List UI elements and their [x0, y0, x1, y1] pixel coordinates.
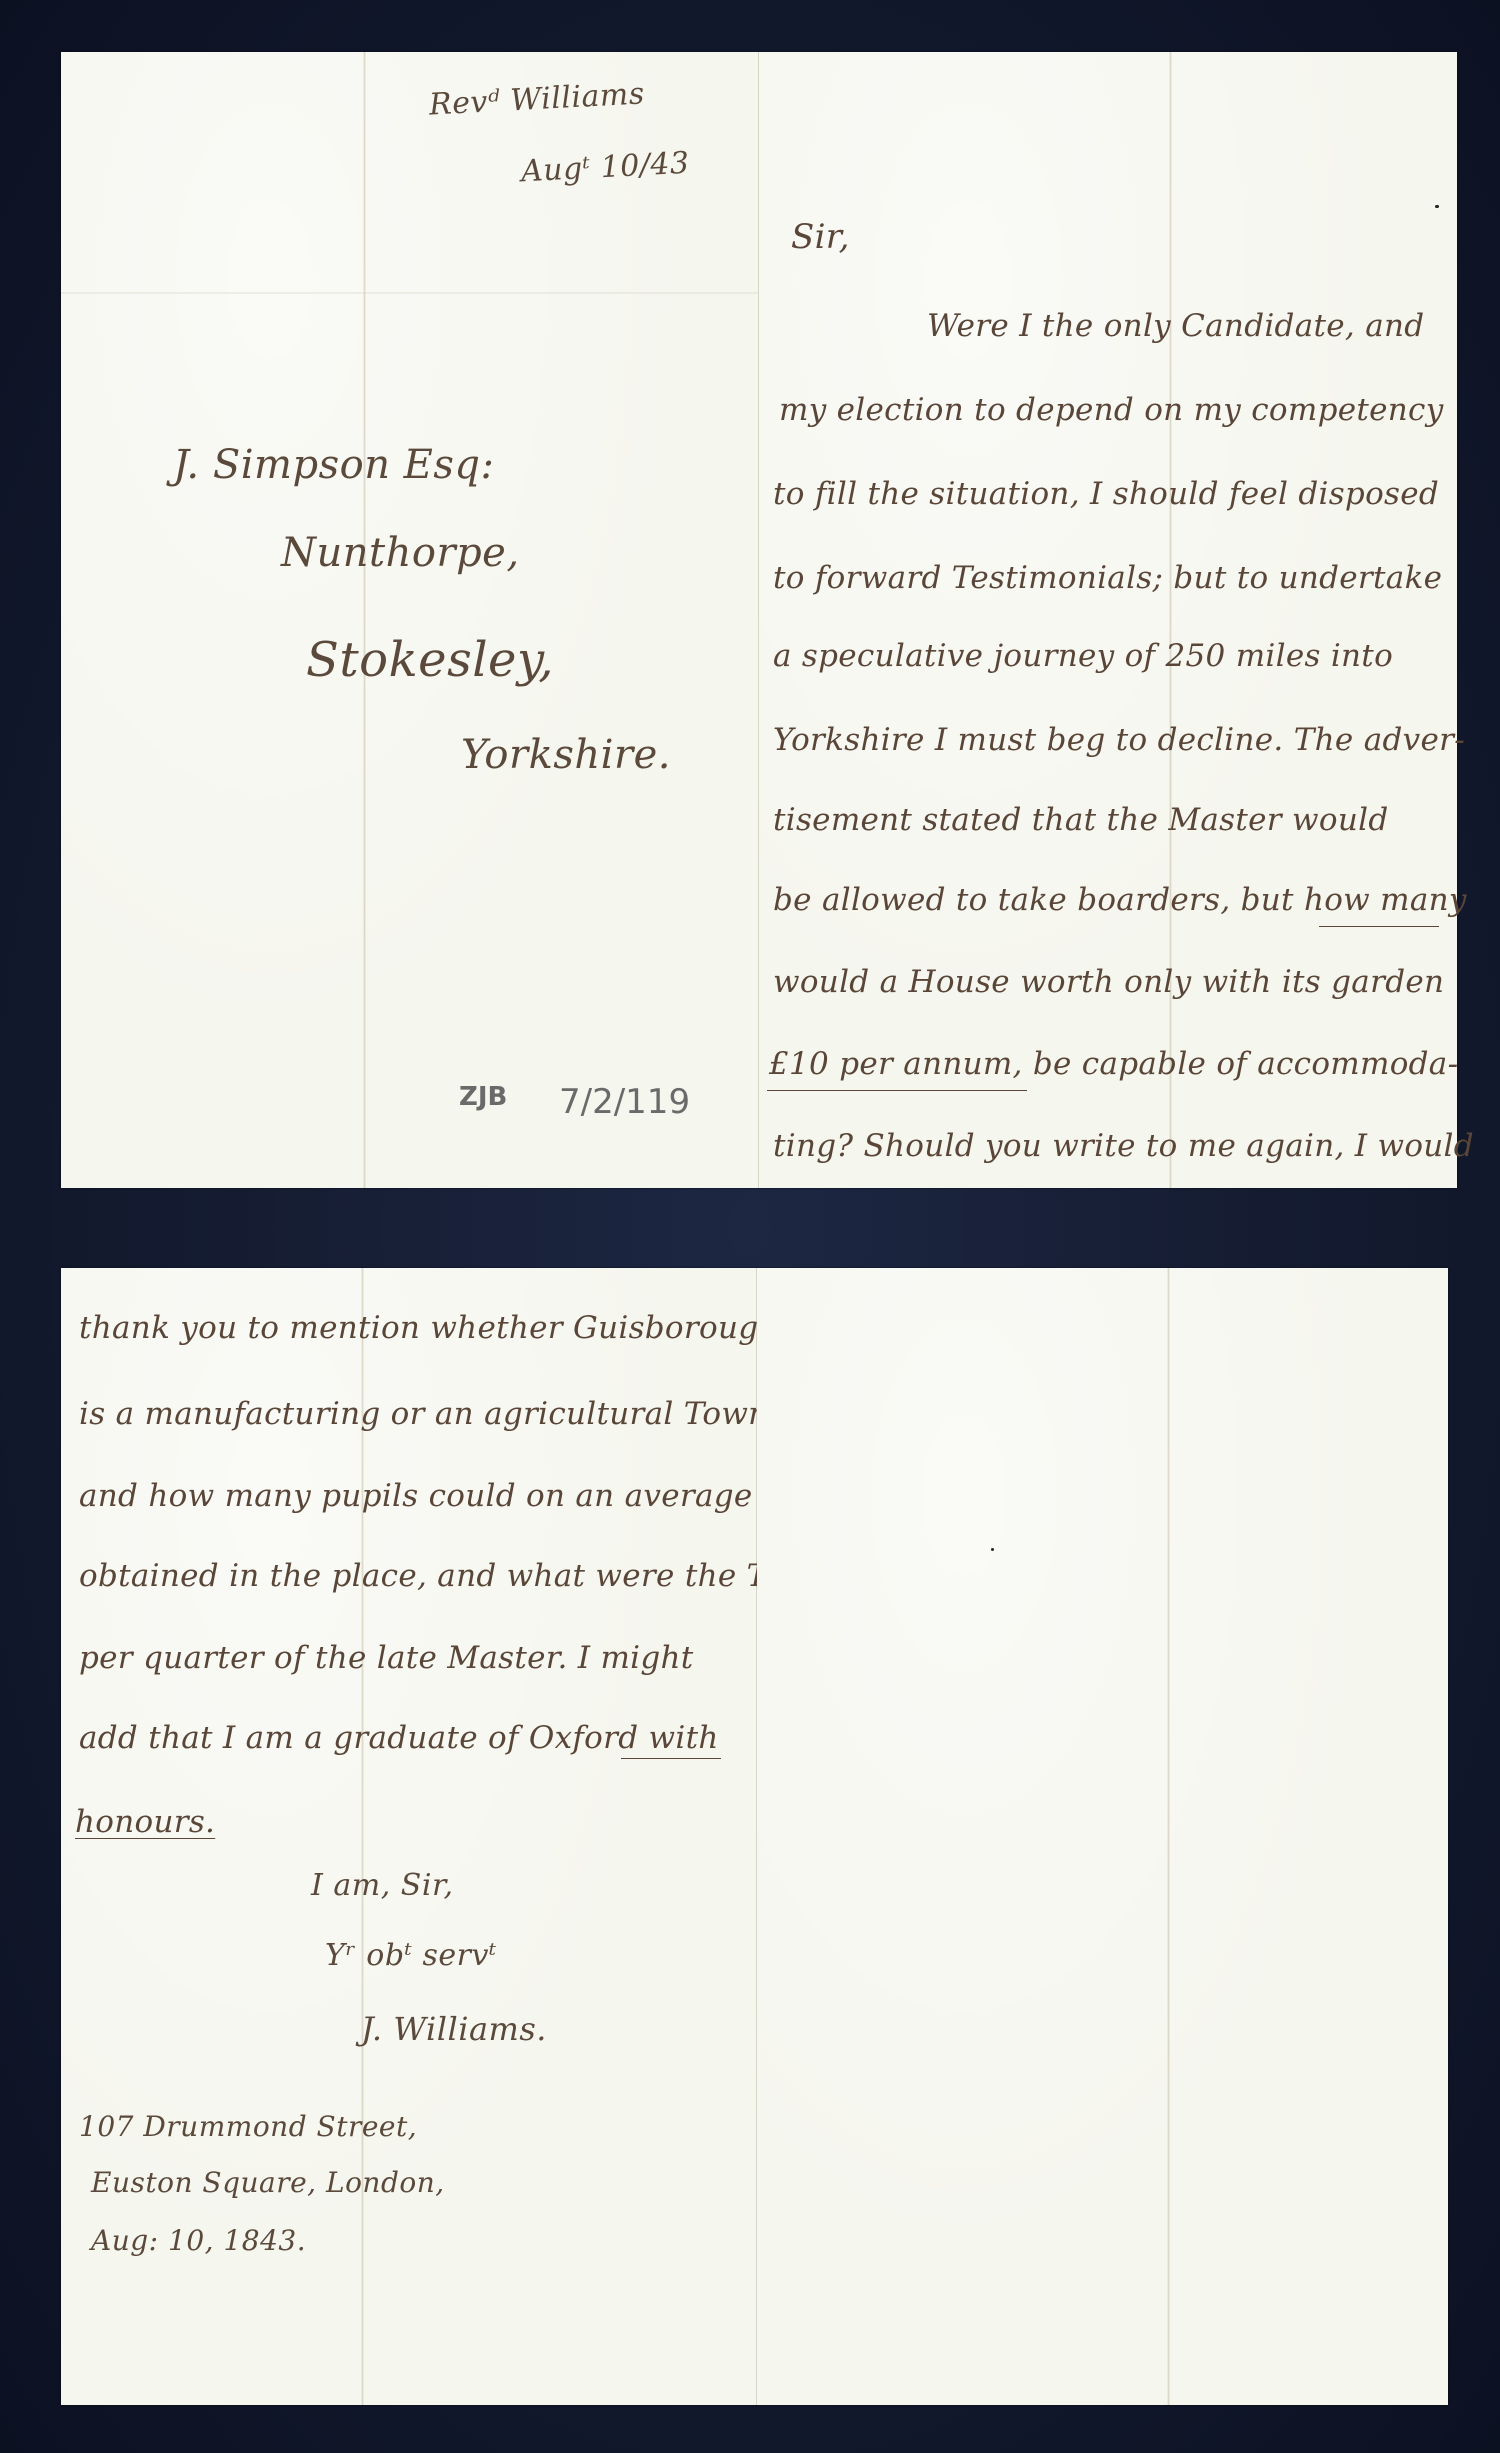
recipient-town: Stokesley, — [306, 632, 554, 688]
ink-speck — [1435, 205, 1439, 208]
recipient-county: Yorkshire. — [461, 732, 671, 778]
letter-line: Were I the only Candidate, and — [927, 308, 1424, 344]
docket-name: Revᵈ Williams — [428, 76, 645, 122]
letter-line: is a manufacturing or an agricultural To… — [79, 1396, 779, 1432]
docket-date: Augᵗ 10/43 — [520, 146, 690, 190]
letter-line: to fill the situation, I should feel dis… — [773, 476, 1439, 512]
letter-page-2: thank you to mention whether Guisborough… — [61, 1268, 757, 2405]
address-page: Revᵈ Williams Augᵗ 10/43 J. Simpson Esq:… — [61, 52, 759, 1188]
letter-line: would a House worth only with its garden — [773, 964, 1444, 1000]
fold-crease — [1167, 1268, 1170, 2405]
letter-line: and how many pupils could on an average … — [79, 1478, 801, 1514]
recipient-name: J. Simpson Esq: — [173, 442, 494, 488]
letter-line: my election to depend on my competency — [779, 392, 1444, 428]
fold-crease — [363, 52, 366, 1188]
recipient-village: Nunthorpe, — [281, 530, 520, 576]
ink-speck — [991, 1548, 994, 1551]
letter-line: thank you to mention whether Guisborough — [79, 1310, 779, 1346]
signature: J. Williams. — [361, 2010, 547, 2048]
letter-line: a speculative journey of 250 miles into — [773, 638, 1393, 674]
letter-line: ting? Should you write to me again, I wo… — [773, 1128, 1474, 1164]
letter-line: Yorkshire I must beg to decline. The adv… — [773, 722, 1465, 758]
underline-how-many — [1319, 926, 1439, 927]
fold-crease — [361, 1268, 364, 2405]
letter-line: £10 per annum, be capable of accommoda- — [769, 1046, 1458, 1082]
letter-salutation: Sir, — [791, 217, 850, 257]
underline-per-annum — [767, 1090, 1027, 1091]
letter-line: per quarter of the late Master. I might — [79, 1640, 694, 1676]
archive-number: 7/2/119 — [559, 1082, 690, 1122]
blank-page — [757, 1268, 1448, 2405]
letter-line-text: be allowed to take boarders, but how man… — [773, 882, 1467, 918]
closing-line: I am, Sir, — [311, 1868, 454, 1903]
top-sheet: Revᵈ Williams Augᵗ 10/43 J. Simpson Esq:… — [61, 52, 1457, 1188]
letter-line: obtained in the place, and what were the… — [79, 1558, 845, 1594]
letter-date: Aug: 10, 1843. — [91, 2224, 306, 2257]
letter-line: to forward Testimonials; but to undertak… — [773, 560, 1442, 596]
fold-crease — [1169, 52, 1172, 1188]
closing-servant: Yʳ obᵗ servᵗ — [325, 1938, 497, 1973]
sender-street: 107 Drummond Street, — [79, 2110, 417, 2143]
letter-line: tisement stated that the Master would — [773, 802, 1388, 838]
letter-page-1: Sir, Were I the only Candidate, and my e… — [759, 52, 1457, 1188]
letter-line: honours. — [75, 1804, 215, 1840]
letter-line: add that I am a graduate of Oxford with — [79, 1720, 719, 1756]
archive-code: ZJB — [459, 1082, 507, 1112]
sender-city: Euston Square, London, — [91, 2166, 445, 2199]
bottom-sheet: thank you to mention whether Guisborough… — [61, 1268, 1448, 2405]
fold-crease-horizontal — [61, 292, 758, 294]
underline-with — [621, 1758, 721, 1759]
letter-line: be allowed to take boarders, but how man… — [773, 882, 1467, 918]
